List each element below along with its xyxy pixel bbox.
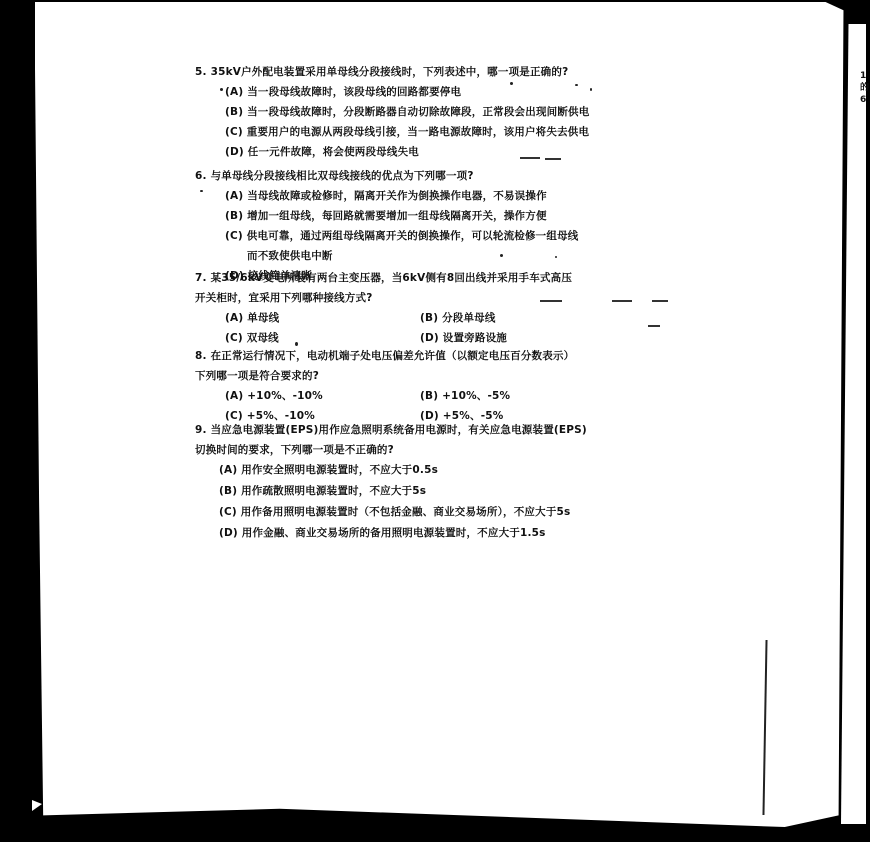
question-stem: 6. 与单母线分段接线相比双母线接线的优点为下列哪一项? bbox=[195, 166, 578, 186]
scan-noise bbox=[510, 82, 513, 85]
scan-noise bbox=[200, 190, 203, 192]
option-c: (C) 双母线 bbox=[225, 328, 420, 348]
scan-noise bbox=[612, 300, 632, 302]
question-stem-line2: 下列哪一项是符合要求的? bbox=[195, 366, 640, 386]
question-stem: 9. 当应急电源装置(EPS)用作应急照明系统备用电源时，有关应急电源装置(EP… bbox=[195, 420, 625, 440]
folded-corner bbox=[32, 800, 42, 811]
scan-noise bbox=[295, 342, 298, 346]
option-c: (C) 重要用户的电源从两段母线引接，当一路电源故障时，该用户将失去供电 bbox=[195, 122, 589, 142]
option-a: (A) 单母线 bbox=[225, 308, 420, 328]
question-stem-line2: 切换时间的要求，下列哪一项是不正确的? bbox=[195, 440, 625, 460]
question-stem-line2: 开关柜时，宜采用下列哪种接线方式? bbox=[195, 288, 640, 308]
question-9: 9. 当应急电源装置(EPS)用作应急照明系统备用电源时，有关应急电源装置(EP… bbox=[195, 420, 625, 544]
option-a: (A) 用作安全照明电源装置时，不应大于0.5s bbox=[195, 460, 625, 481]
scan-noise bbox=[575, 84, 578, 86]
option-c-continuation: 而不致使供电中断 bbox=[195, 246, 578, 266]
question-7: 7. 某35/6kV变电所装有两台主变压器，当6kV侧有8回出线并采用手车式高压… bbox=[195, 268, 640, 348]
option-b: (B) 分段单母线 bbox=[420, 308, 640, 328]
option-b: (B) 当一段母线故障时，分段断路器自动切除故障段，正常段会出现间断供电 bbox=[195, 102, 589, 122]
scan-noise bbox=[500, 254, 503, 257]
scan-noise bbox=[545, 158, 561, 160]
scan-noise bbox=[555, 256, 557, 258]
adjacent-page-text: 1 的 6 bbox=[860, 70, 869, 106]
adjacent-page-edge bbox=[841, 24, 866, 824]
option-a: (A) 当一段母线故障时，该段母线的回路都要停电 bbox=[195, 82, 589, 102]
question-5: 5. 35kV户外配电装置采用单母线分段接线时，下列表述中，哪一项是正确的? (… bbox=[195, 62, 589, 162]
question-8: 8. 在正常运行情况下，电动机端子处电压偏差允许值（以额定电压百分数表示） 下列… bbox=[195, 346, 640, 426]
option-b: (B) 增加一组母线，每回路就需要增加一组母线隔离开关，操作方便 bbox=[195, 206, 578, 226]
option-a: (A) 当母线故障或检修时，隔离开关作为倒换操作电器，不易误操作 bbox=[195, 186, 578, 206]
option-c: (C) 用作备用照明电源装置时（不包括金融、商业交易场所），不应大于5s bbox=[195, 502, 625, 523]
options-grid: (A) 单母线 (B) 分段单母线 (C) 双母线 (D) 设置旁路设施 bbox=[195, 308, 640, 348]
option-d: (D) 设置旁路设施 bbox=[420, 328, 640, 348]
scan-noise bbox=[540, 300, 562, 302]
question-stem: 8. 在正常运行情况下，电动机端子处电压偏差允许值（以额定电压百分数表示） bbox=[195, 346, 640, 366]
scan-noise bbox=[648, 325, 660, 327]
option-d: (D) 任一元件故障，将会使两段母线失电 bbox=[195, 142, 589, 162]
scan-noise bbox=[652, 300, 668, 302]
scan-noise bbox=[590, 88, 592, 91]
scan-noise bbox=[220, 88, 223, 91]
option-b: (B) +10%、-5% bbox=[420, 386, 640, 406]
option-c: (C) 供电可靠，通过两组母线隔离开关的倒换操作，可以轮流检修一组母线 bbox=[195, 226, 578, 246]
option-b: (B) 用作疏散照明电源装置时，不应大于5s bbox=[195, 481, 625, 502]
scan-noise bbox=[520, 157, 540, 159]
option-a: (A) +10%、-10% bbox=[225, 386, 420, 406]
question-stem: 5. 35kV户外配电装置采用单母线分段接线时，下列表述中，哪一项是正确的? bbox=[195, 62, 589, 82]
option-d: (D) 用作金融、商业交易场所的备用照明电源装置时，不应大于1.5s bbox=[195, 523, 625, 544]
question-stem: 7. 某35/6kV变电所装有两台主变压器，当6kV侧有8回出线并采用手车式高压 bbox=[195, 268, 640, 288]
